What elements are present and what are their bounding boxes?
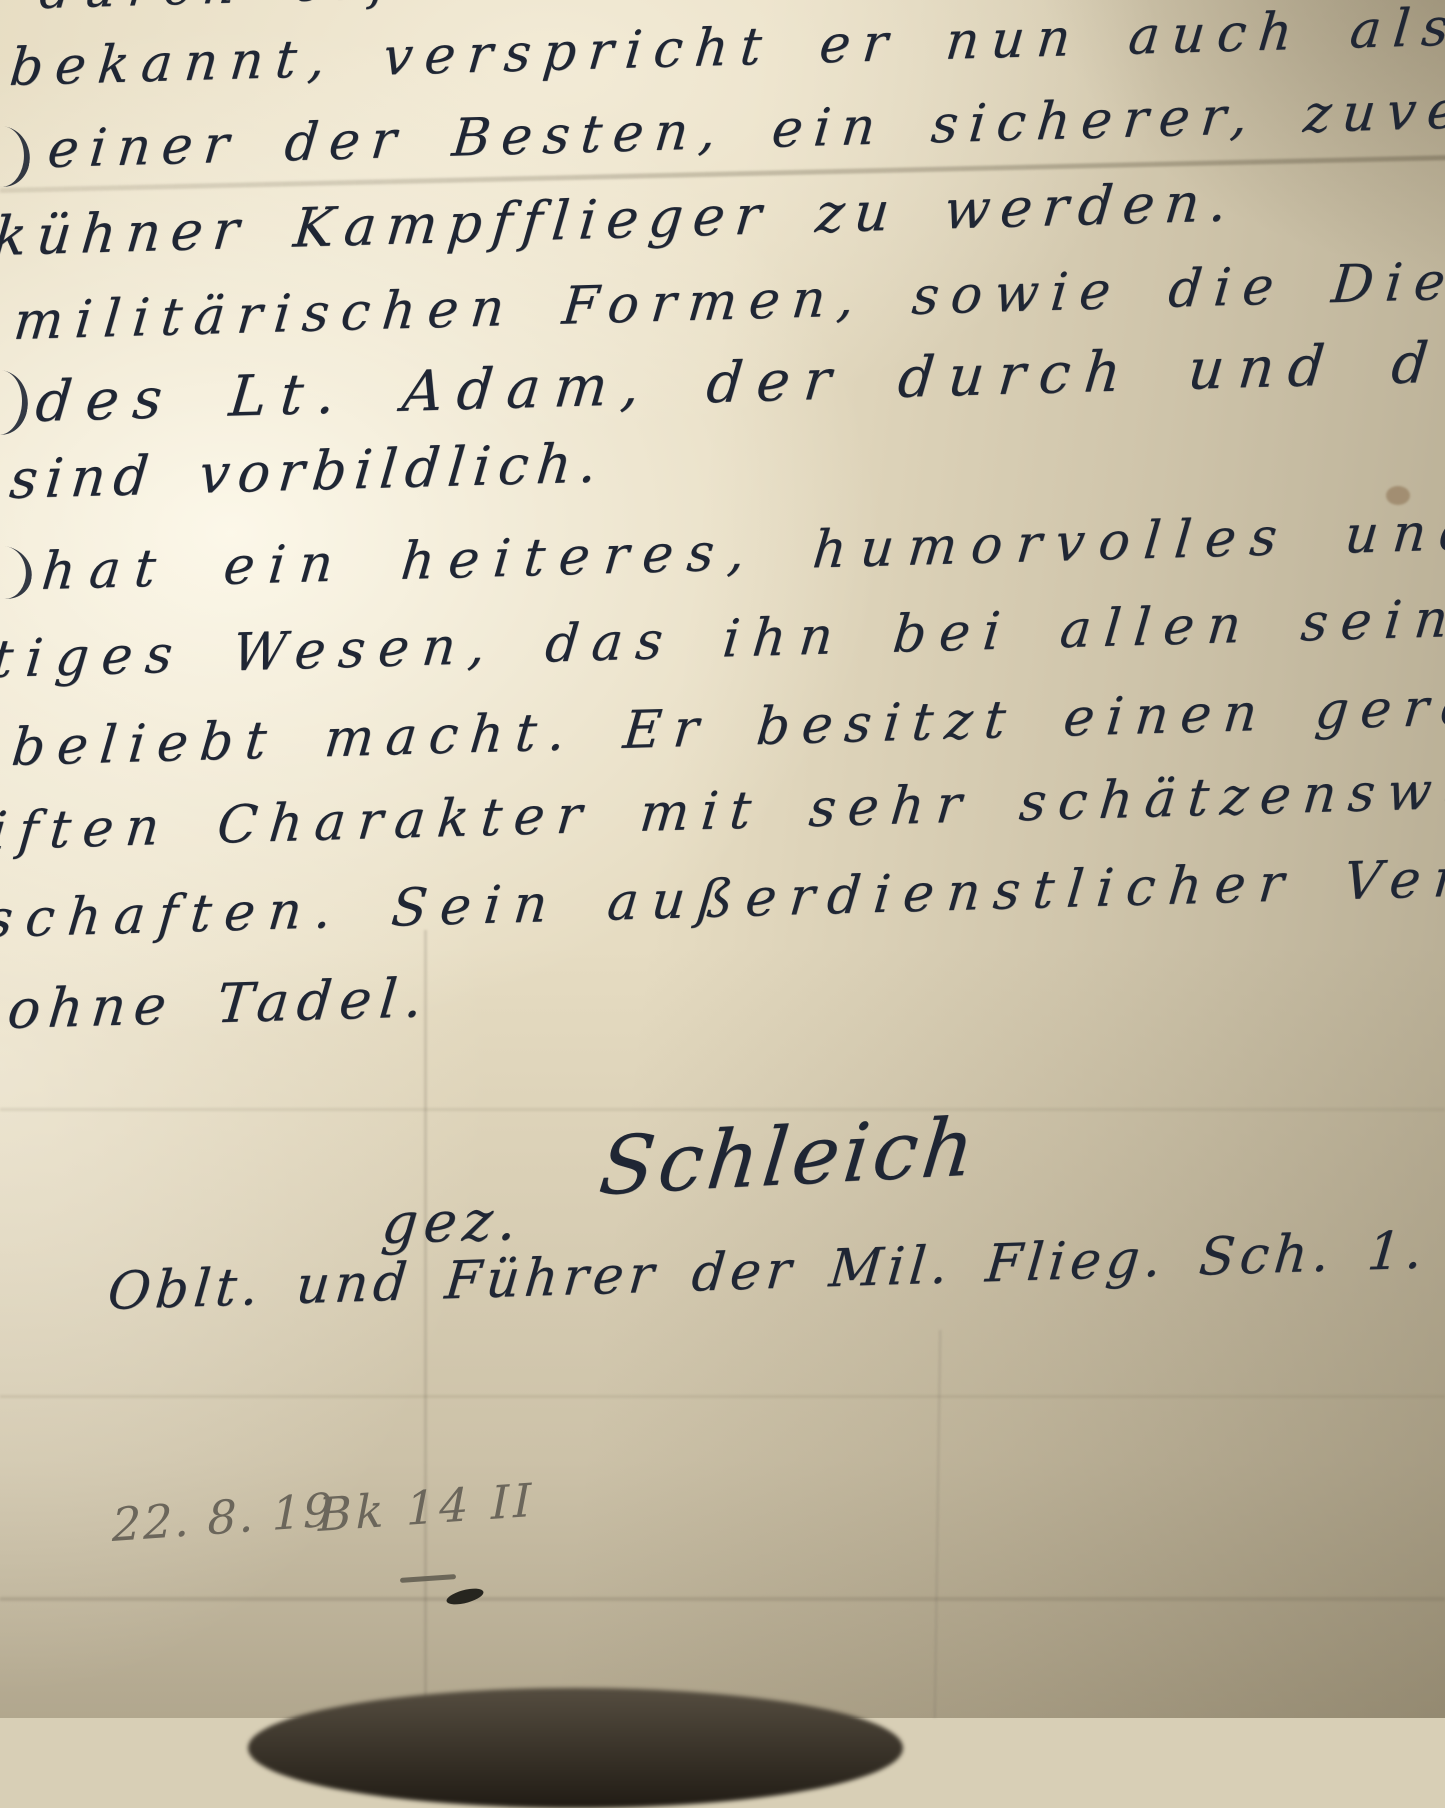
signature-gez-abbreviation: gez. <box>379 1188 525 1257</box>
handwritten-line-13: ohne Tadel. <box>5 966 433 1041</box>
